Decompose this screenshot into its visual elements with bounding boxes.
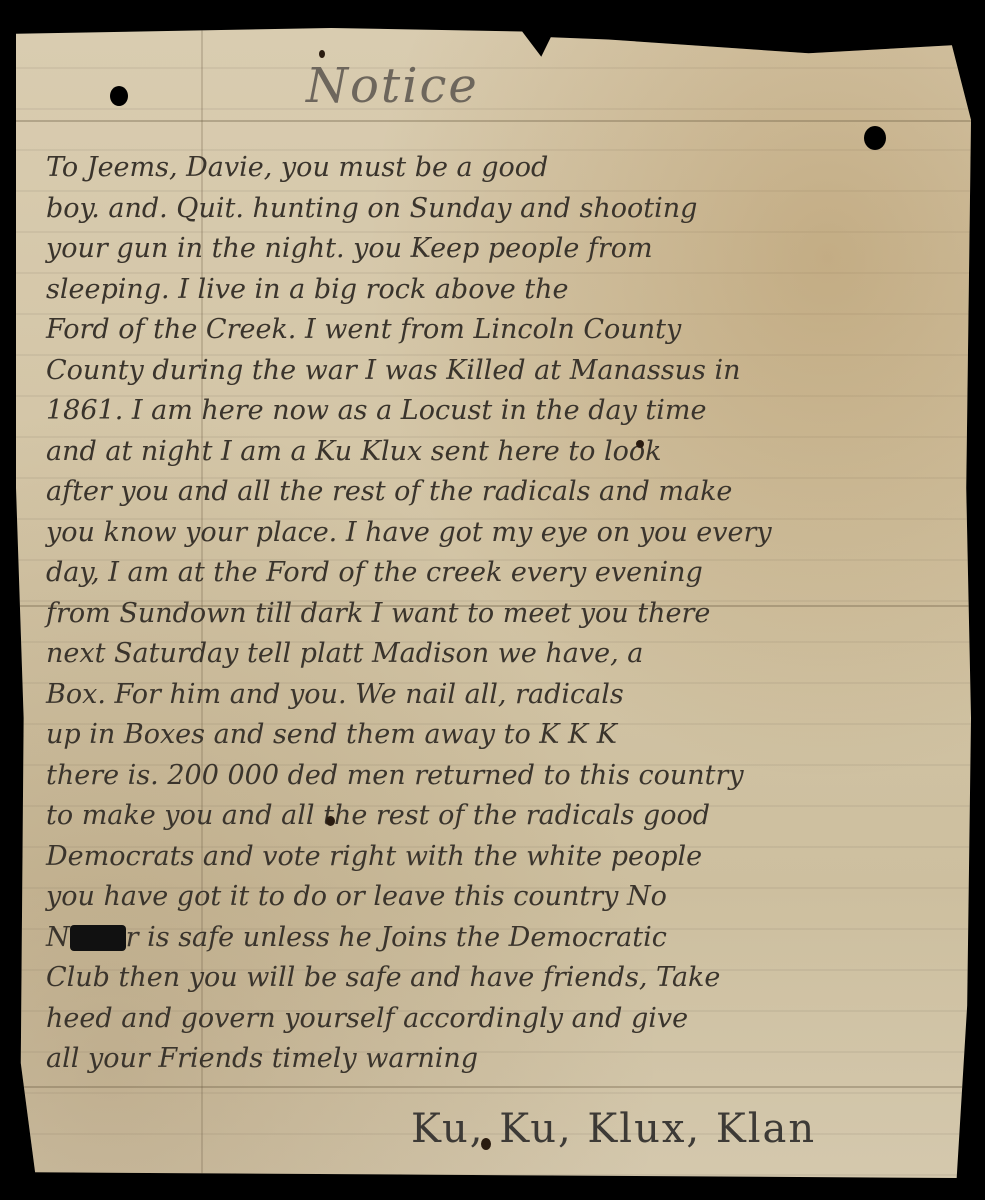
text-line: you know your place. I have got my eye o… bbox=[46, 513, 946, 554]
text-line: after you and all the rest of the radica… bbox=[46, 472, 946, 513]
text-line-redacted: Nr is safe unless he Joins the Democrati… bbox=[46, 918, 946, 959]
text-fragment: N bbox=[46, 922, 70, 953]
text-line: up in Boxes and send them away to K K K bbox=[46, 715, 946, 756]
text-line: next Saturday tell platt Madison we have… bbox=[46, 634, 946, 675]
text-line: Box. For him and you. We nail all, radic… bbox=[46, 675, 946, 716]
text-line: your gun in the night. you Keep people f… bbox=[46, 229, 946, 270]
text-line: heed and govern yourself accordingly and… bbox=[46, 999, 946, 1040]
document-title: Notice bbox=[306, 58, 479, 114]
ink-spot bbox=[326, 816, 335, 826]
paper-hole bbox=[864, 126, 886, 150]
text-line: from Sundown till dark I want to meet yo… bbox=[46, 594, 946, 635]
text-line: and at night I am a Ku Klux sent here to… bbox=[46, 432, 946, 473]
ink-spot bbox=[319, 50, 325, 58]
text-line: Club then you will be safe and have frie… bbox=[46, 958, 946, 999]
text-line: all your Friends timely warning bbox=[46, 1039, 946, 1080]
text-line: there is. 200 000 ded men returned to th… bbox=[46, 756, 946, 797]
text-line: To Jeems, Davie, you must be a good bbox=[46, 148, 946, 189]
text-line: you have got it to do or leave this coun… bbox=[46, 877, 946, 918]
text-line: boy. and. Quit. hunting on Sunday and sh… bbox=[46, 189, 946, 230]
text-line: day, I am at the Ford of the creek every… bbox=[46, 553, 946, 594]
ink-spot bbox=[636, 440, 644, 448]
redaction-box bbox=[70, 925, 126, 951]
letter-paper: Notice To Jeems, Davie, you must be a go… bbox=[16, 28, 971, 1178]
fold-line bbox=[16, 120, 971, 122]
fold-line bbox=[16, 1086, 971, 1088]
signature: Ku, Ku, Klux, Klan bbox=[411, 1106, 816, 1152]
text-line: Democrats and vote right with the white … bbox=[46, 837, 946, 878]
text-line: Ford of the Creek. I went from Lincoln C… bbox=[46, 310, 946, 351]
text-fragment: r is safe unless he Joins the Democratic bbox=[126, 922, 667, 953]
letter-body: To Jeems, Davie, you must be a good boy.… bbox=[46, 148, 946, 1080]
text-line: 1861. I am here now as a Locust in the d… bbox=[46, 391, 946, 432]
text-line: sleeping. I live in a big rock above the bbox=[46, 270, 946, 311]
text-line: to make you and all the rest of the radi… bbox=[46, 796, 946, 837]
paper-hole bbox=[110, 86, 128, 106]
ink-spot bbox=[481, 1138, 491, 1150]
text-line: County during the war I was Killed at Ma… bbox=[46, 351, 946, 392]
